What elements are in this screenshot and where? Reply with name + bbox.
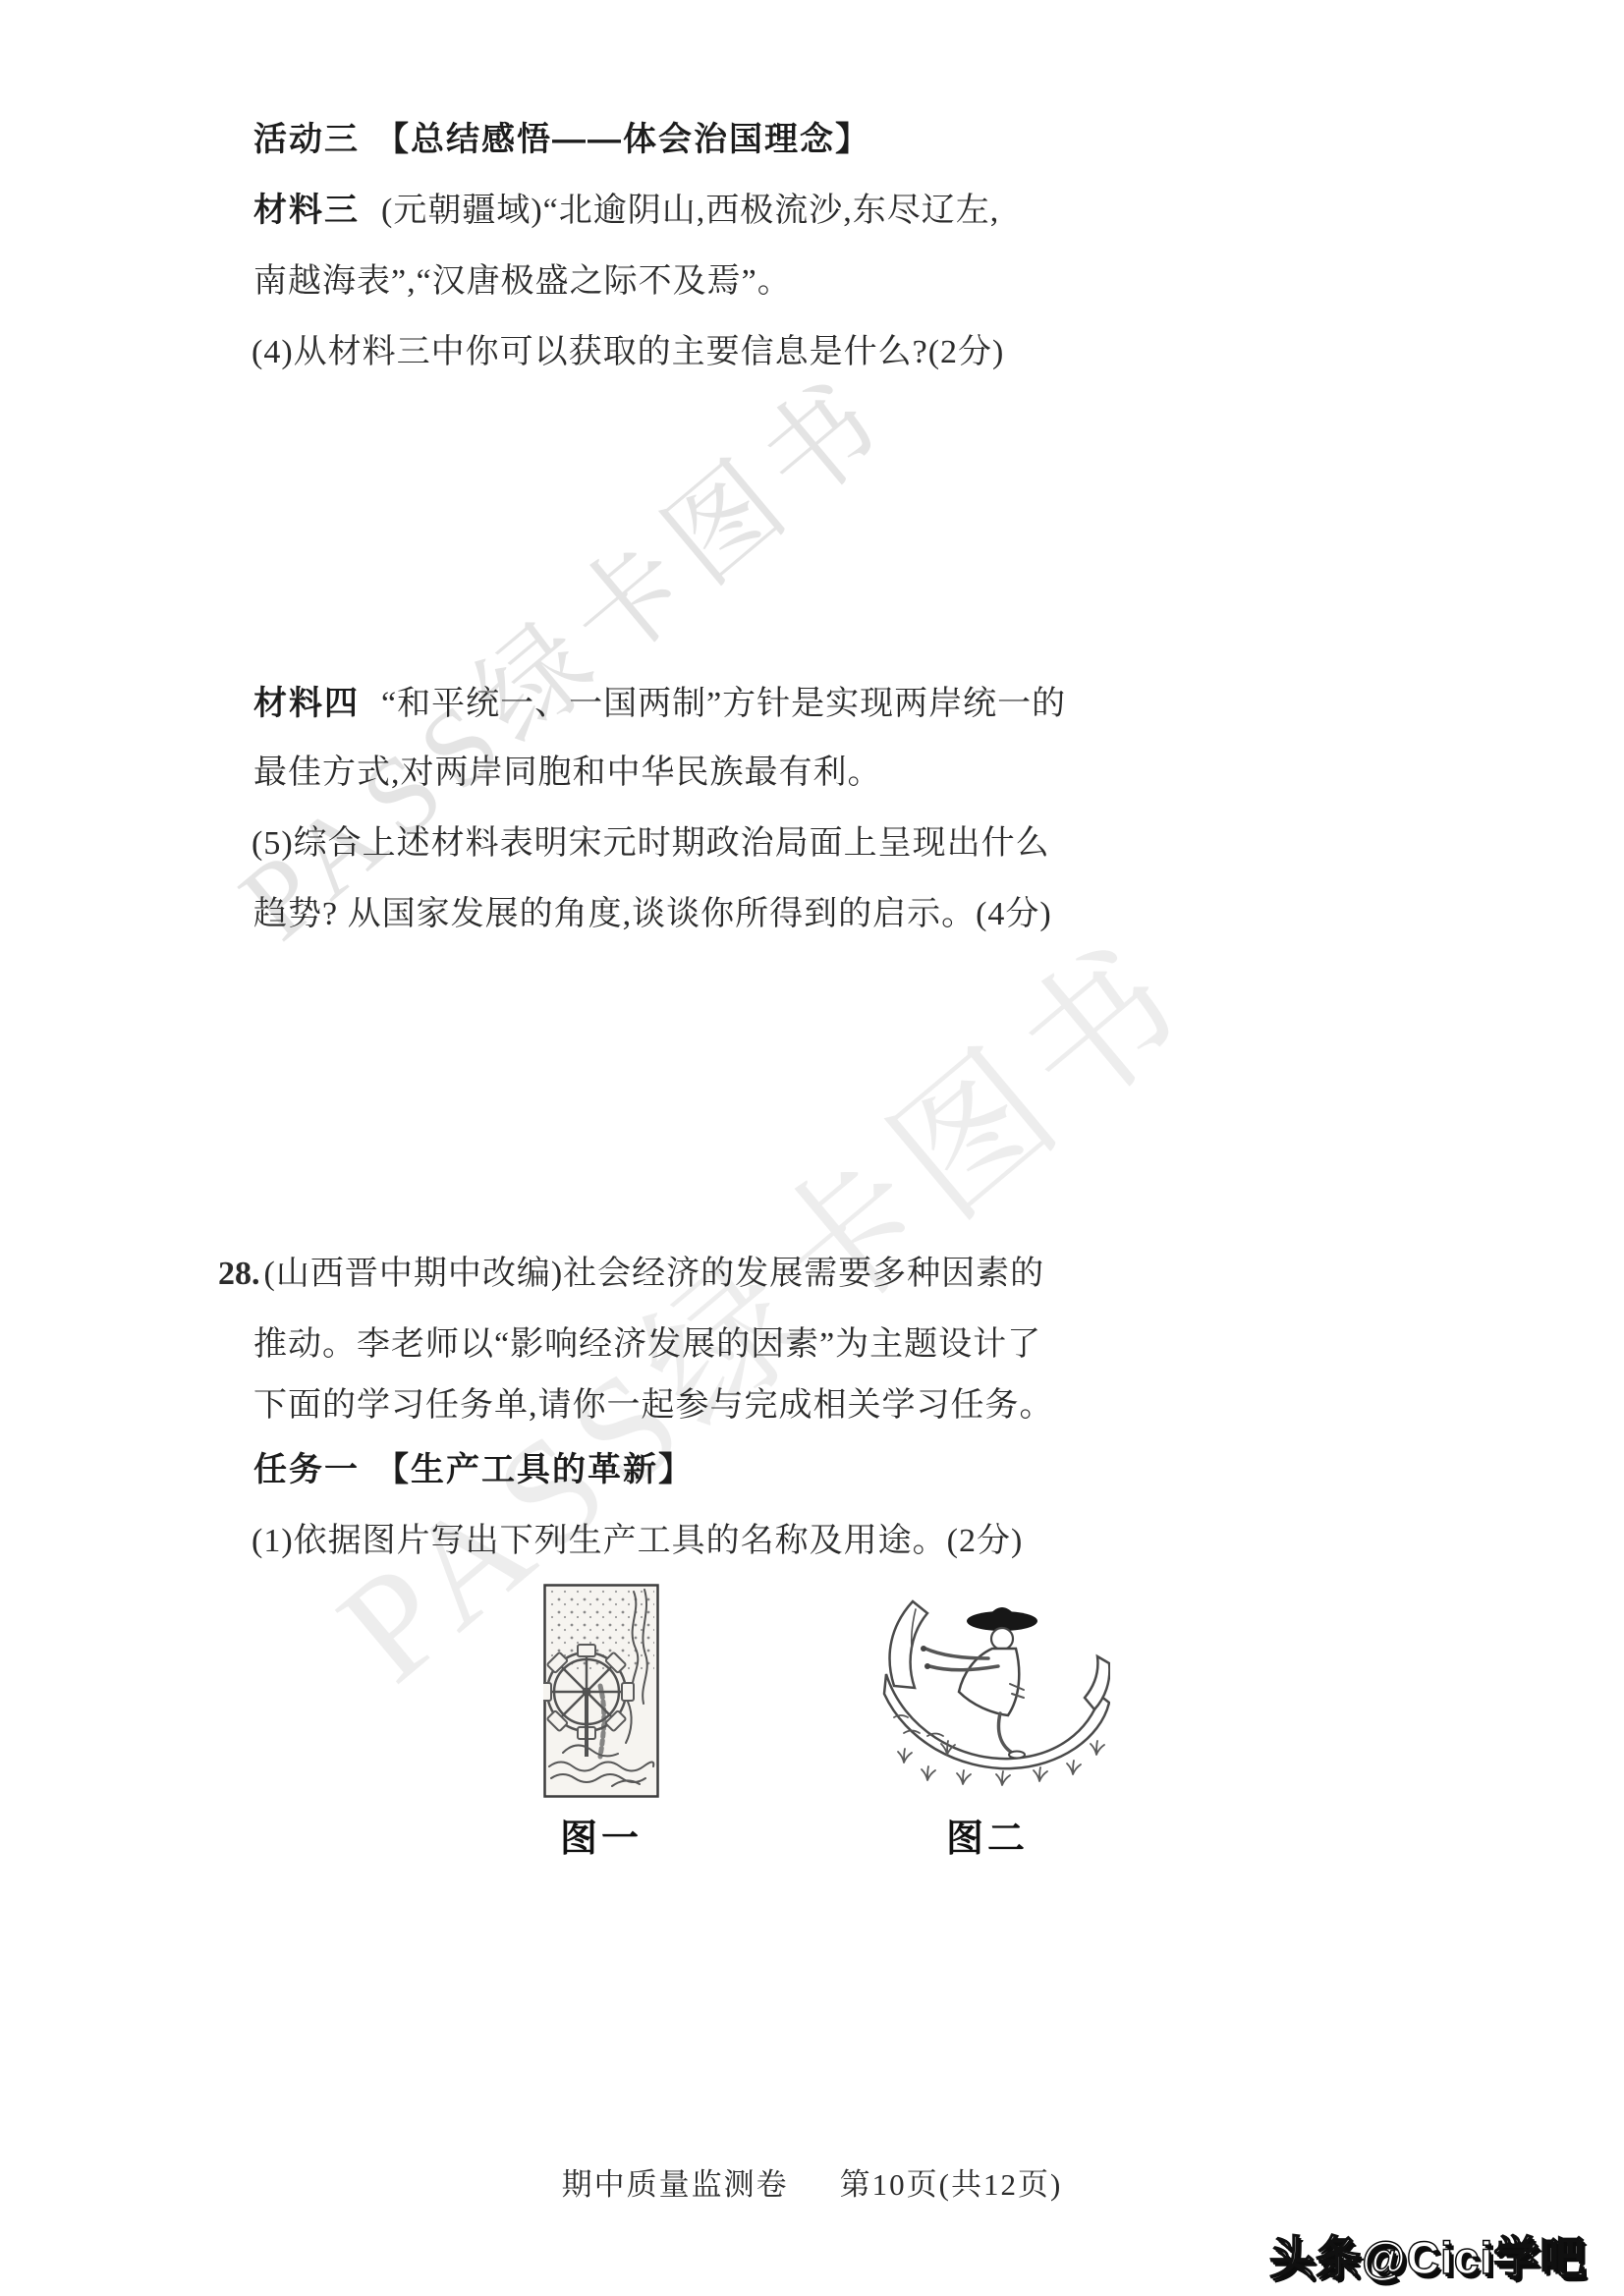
exam-title: 期中质量监测卷 bbox=[562, 2167, 789, 2202]
material4-label: 材料四 bbox=[253, 685, 360, 722]
watermark-credit: 头条@Cici学吧 bbox=[1269, 2222, 1586, 2287]
activity3-title: 【总结感悟——体会治国理念】 bbox=[375, 121, 870, 158]
material4-text1: “和平统一、一国两制”方针是实现两岸统一的 bbox=[381, 686, 1066, 722]
material3-line2: 南越海表”,“汉唐极盛之际不及焉”。 bbox=[253, 253, 792, 302]
exam-page: PASS绿卡图书 PASS绿卡图书 活动三【总结感悟——体会治国理念】 材料三(… bbox=[0, 0, 1624, 2296]
question-28-line3: 下面的学习任务单,请你一起参与完成相关学习任务。 bbox=[253, 1377, 1054, 1426]
task1-label: 任务一 bbox=[253, 1451, 360, 1488]
figure-2 bbox=[865, 1588, 1110, 1786]
figure-1 bbox=[543, 1584, 659, 1798]
material3-label: 材料三 bbox=[253, 192, 360, 229]
question-28-line1: 28.(山西晋中期中改编)社会经济的发展需要多种因素的 bbox=[218, 1246, 1044, 1294]
task1-title: 【生产工具的革新】 bbox=[375, 1451, 694, 1488]
water-wheel-illustration bbox=[543, 1584, 659, 1798]
question-28-number: 28. bbox=[218, 1256, 260, 1292]
material4-line2: 最佳方式,对两岸同胞和中华民族最有利。 bbox=[253, 745, 882, 793]
material3-line1: 材料三(元朝疆域)“北逾阴山,西极流沙,东尽辽左, bbox=[253, 183, 999, 231]
watermark-text-upper: PASS绿卡图书 bbox=[220, 356, 910, 961]
question-28-line2: 推动。李老师以“影响经济发展的因素”为主题设计了 bbox=[253, 1316, 1041, 1365]
question-5-line1: (5)综合上述材料表明宋元时期政治局面上呈现出什么 bbox=[252, 815, 1050, 864]
question-5-line2: 趋势? 从国家发展的角度,谈谈你所得到的启示。(4分) bbox=[253, 886, 1052, 934]
question-1-text: (1)依据图片写出下列生产工具的名称及用途。(2分) bbox=[252, 1513, 1023, 1561]
material3-text1: (元朝疆域)“北逾阴山,西极流沙,东尽辽左, bbox=[381, 193, 999, 229]
task1-heading: 任务一【生产工具的革新】 bbox=[253, 1442, 694, 1490]
page-number: 第10页(共12页) bbox=[840, 2167, 1063, 2202]
activity3-heading: 活动三【总结感悟——体会治国理念】 bbox=[253, 112, 870, 160]
activity3-label: 活动三 bbox=[253, 121, 360, 158]
figure-2-caption: 图二 bbox=[865, 1808, 1110, 1862]
figure-1-caption: 图一 bbox=[543, 1808, 659, 1862]
material4-line1: 材料四“和平统一、一国两制”方针是实现两岸统一的 bbox=[253, 676, 1066, 724]
question-4-text: (4)从材料三中你可以获取的主要信息是什么?(2分) bbox=[252, 324, 1004, 372]
seedling-horse-illustration bbox=[865, 1588, 1110, 1786]
page-footer: 期中质量监测卷第10页(共12页) bbox=[0, 2159, 1624, 2204]
question-28-text1: (山西晋中期中改编)社会经济的发展需要多种因素的 bbox=[264, 1256, 1045, 1292]
